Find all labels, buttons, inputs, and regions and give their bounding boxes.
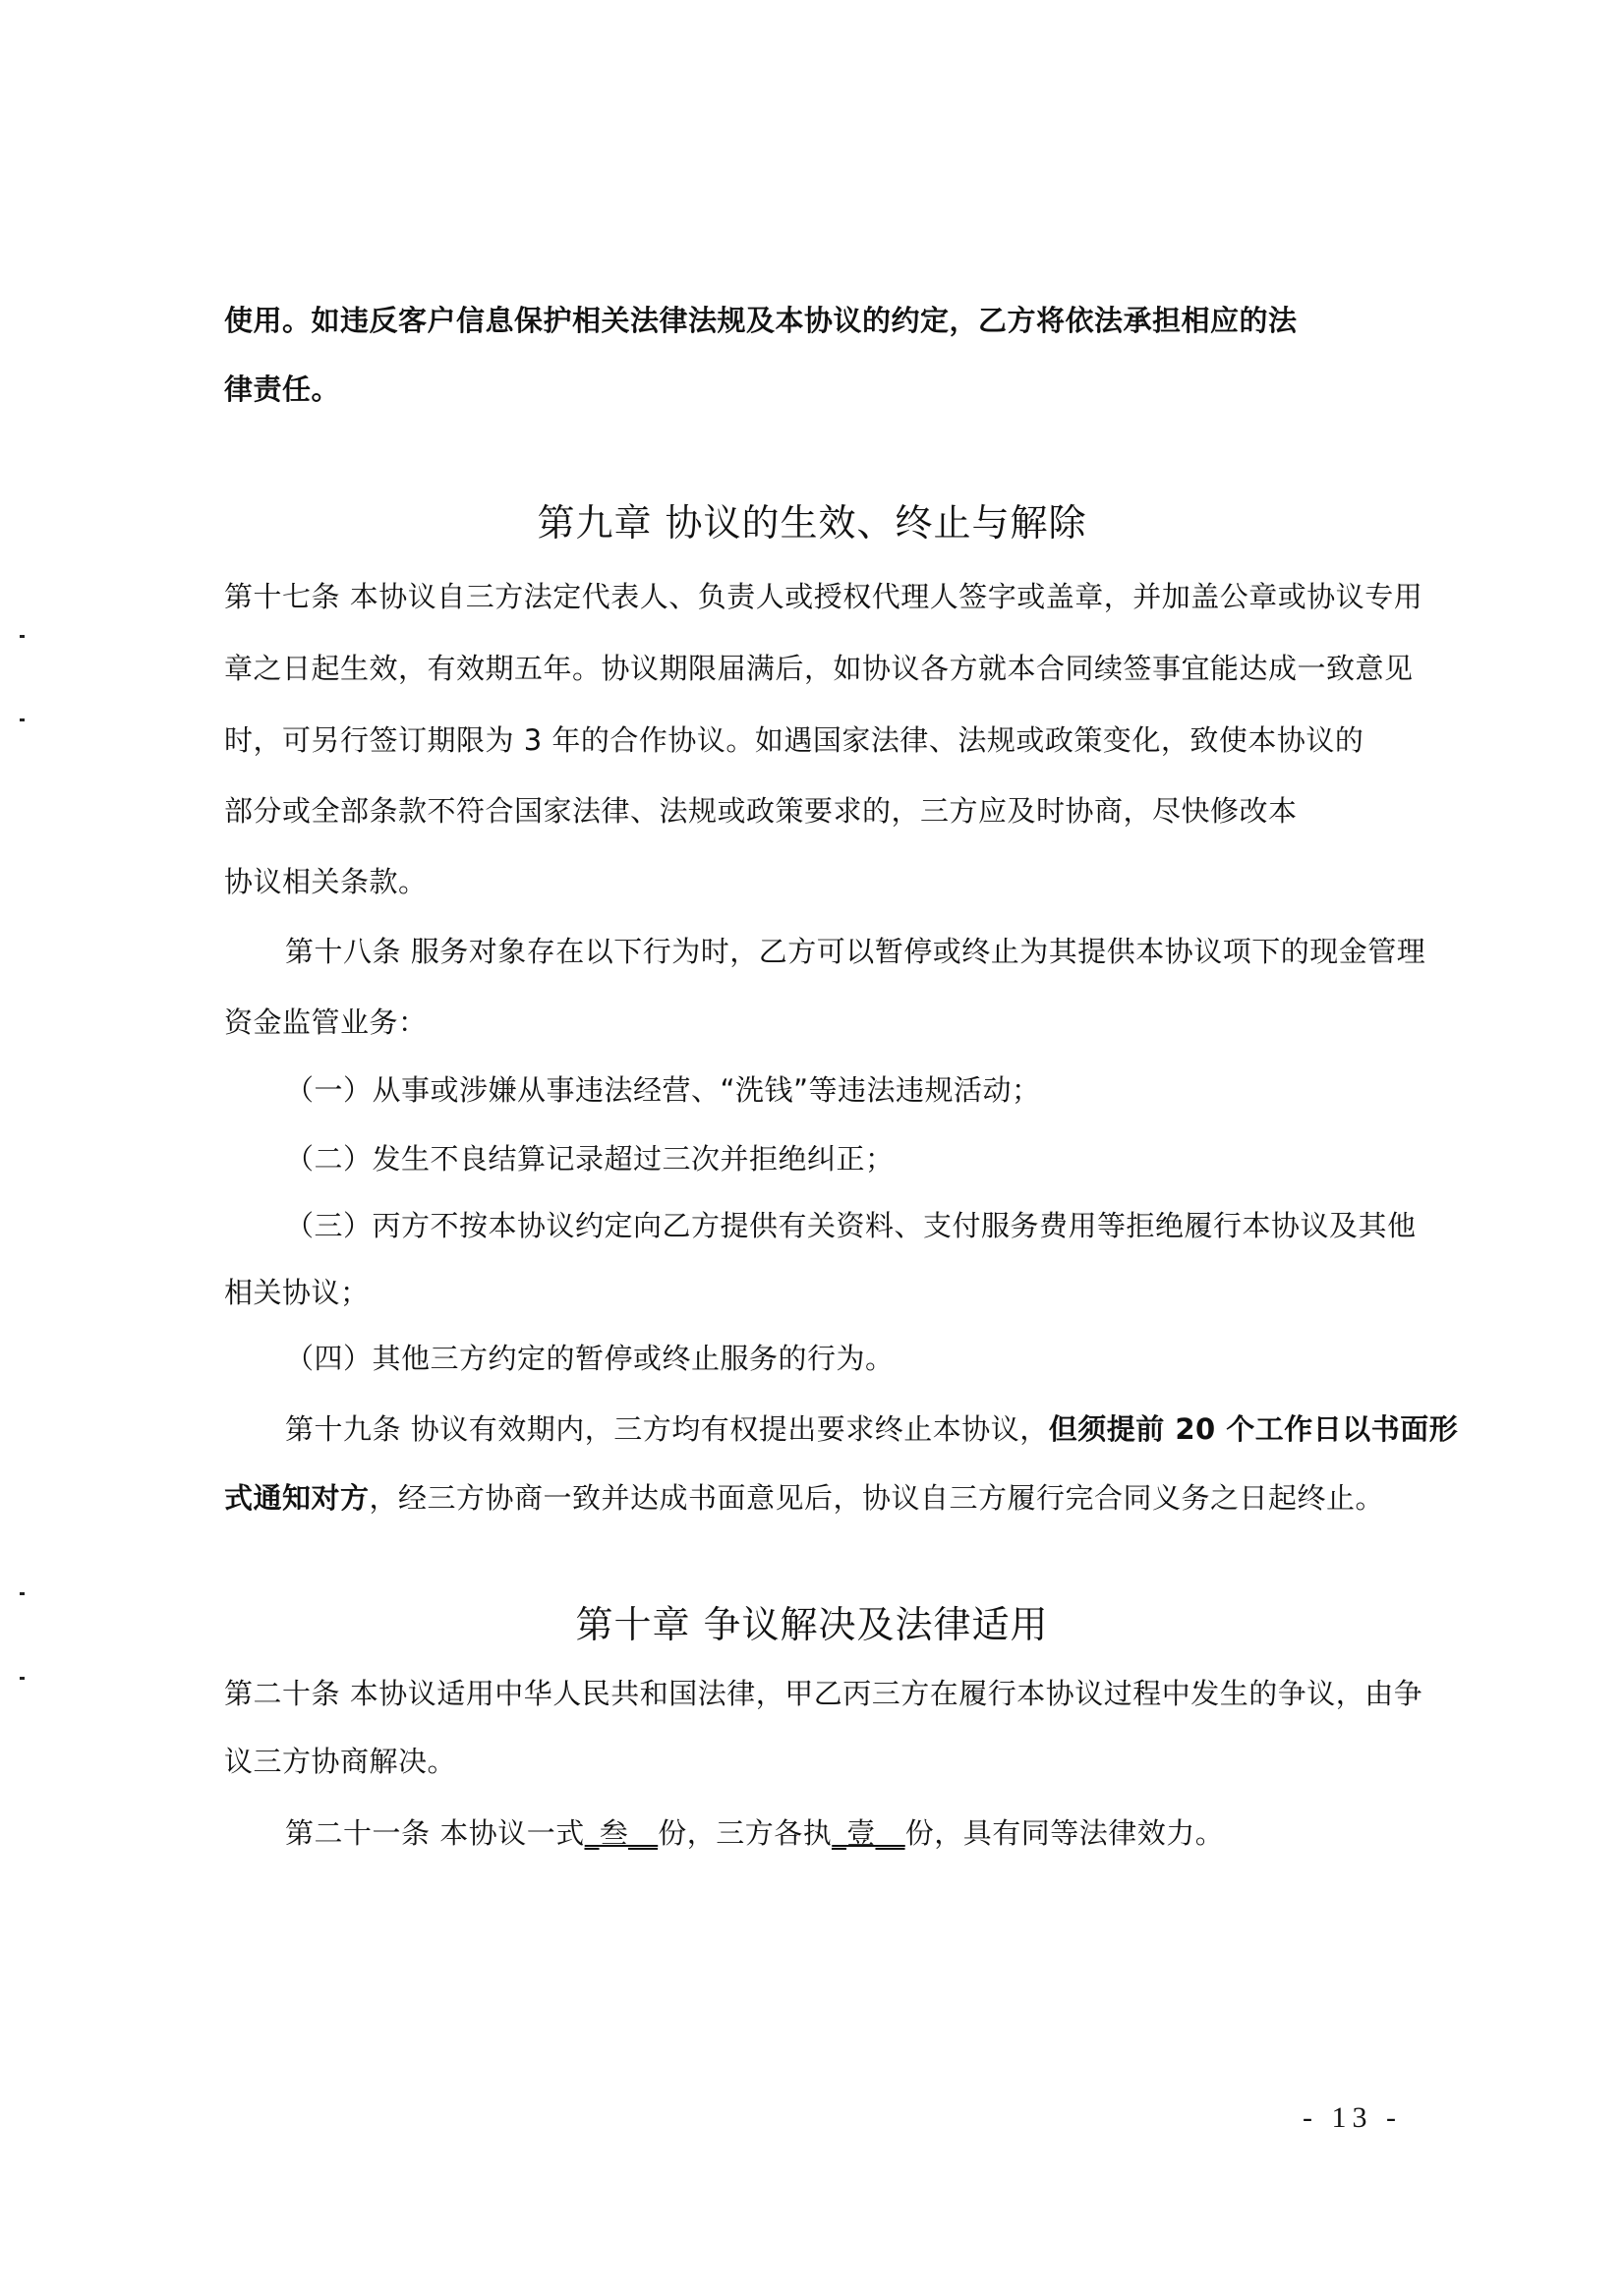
article-19-line-1: 第十九条 协议有效期内，三方均有权提出要求终止本协议，但须提前 20 个工作日以… — [285, 1409, 1445, 1449]
paragraph-line: 律责任。 — [224, 370, 1443, 409]
copies-total-field: _叁__ — [585, 1816, 659, 1850]
article-19-bold-text: 式通知对方 — [224, 1481, 370, 1515]
article-19-text: 第十九条 协议有效期内，三方均有权提出要求终止本协议， — [285, 1412, 1049, 1446]
article-20-line: 第二十条 本协议适用中华人民共和国法律，甲乙丙三方在履行本协议过程中发生的争议，… — [224, 1674, 1443, 1713]
article-18-line: 资金监管业务： — [224, 1003, 1443, 1042]
article-18-item-3-cont: 相关协议； — [224, 1273, 1443, 1312]
chapter-10-title: 第十章 争议解决及法律适用 — [0, 1600, 1624, 1649]
margin-mark — [20, 718, 25, 721]
article-21-suffix: 份，具有同等法律效力。 — [905, 1816, 1225, 1850]
article-18-line: 第十八条 服务对象存在以下行为时，乙方可以暂停或终止为其提供本协议项下的现金管理 — [285, 932, 1445, 971]
article-18-item-3: （三）丙方不按本协议约定向乙方提供有关资料、支付服务费用等拒绝履行本协议及其他 — [285, 1206, 1504, 1245]
margin-mark — [20, 1592, 25, 1595]
article-18-item-4: （四）其他三方约定的暂停或终止服务的行为。 — [285, 1339, 1504, 1378]
article-17-line: 章之日起生效，有效期五年。协议期限届满后，如协议各方就本合同续签事宜能达成一致意… — [224, 649, 1443, 688]
paragraph-line: 使用。如违反客户信息保护相关法律法规及本协议的约定，乙方将依法承担相应的法 — [224, 301, 1443, 340]
margin-mark — [20, 635, 25, 638]
article-21-middle: 份，三方各执 — [658, 1816, 832, 1850]
page-number: - 13 - — [1303, 2101, 1402, 2135]
article-21-prefix: 第二十一条 本协议一式 — [285, 1816, 585, 1850]
article-19-bold-text: 但须提前 20 个工作日以书面形 — [1049, 1412, 1459, 1446]
article-18-item-2: （二）发生不良结算记录超过三次并拒绝纠正； — [285, 1139, 1504, 1178]
article-19-line-2: 式通知对方，经三方协商一致并达成书面意见后，协议自三方履行完合同义务之日起终止。 — [224, 1478, 1443, 1518]
article-21-line: 第二十一条 本协议一式_叁__份，三方各执_壹__份，具有同等法律效力。 — [285, 1813, 1445, 1853]
article-17-line: 部分或全部条款不符合国家法律、法规或政策要求的，三方应及时协商，尽快修改本 — [224, 791, 1443, 831]
article-17-line: 第十七条 本协议自三方法定代表人、负责人或授权代理人签字或盖章，并加盖公章或协议… — [224, 577, 1443, 616]
article-19-text: ，经三方协商一致并达成书面意见后，协议自三方履行完合同义务之日起终止。 — [370, 1481, 1385, 1515]
article-17-line: 协议相关条款。 — [224, 862, 1443, 901]
article-18-item-1: （一）从事或涉嫌从事违法经营、“洗钱”等违法违规活动； — [285, 1070, 1504, 1110]
article-20-line: 议三方协商解决。 — [224, 1742, 1443, 1781]
margin-mark — [20, 1677, 25, 1680]
copies-each-field: _壹__ — [832, 1816, 905, 1850]
article-17-line: 时，可另行签订期限为 3 年的合作协议。如遇国家法律、法规或政策变化，致使本协议… — [224, 720, 1443, 760]
chapter-9-title: 第九章 协议的生效、终止与解除 — [0, 498, 1624, 547]
